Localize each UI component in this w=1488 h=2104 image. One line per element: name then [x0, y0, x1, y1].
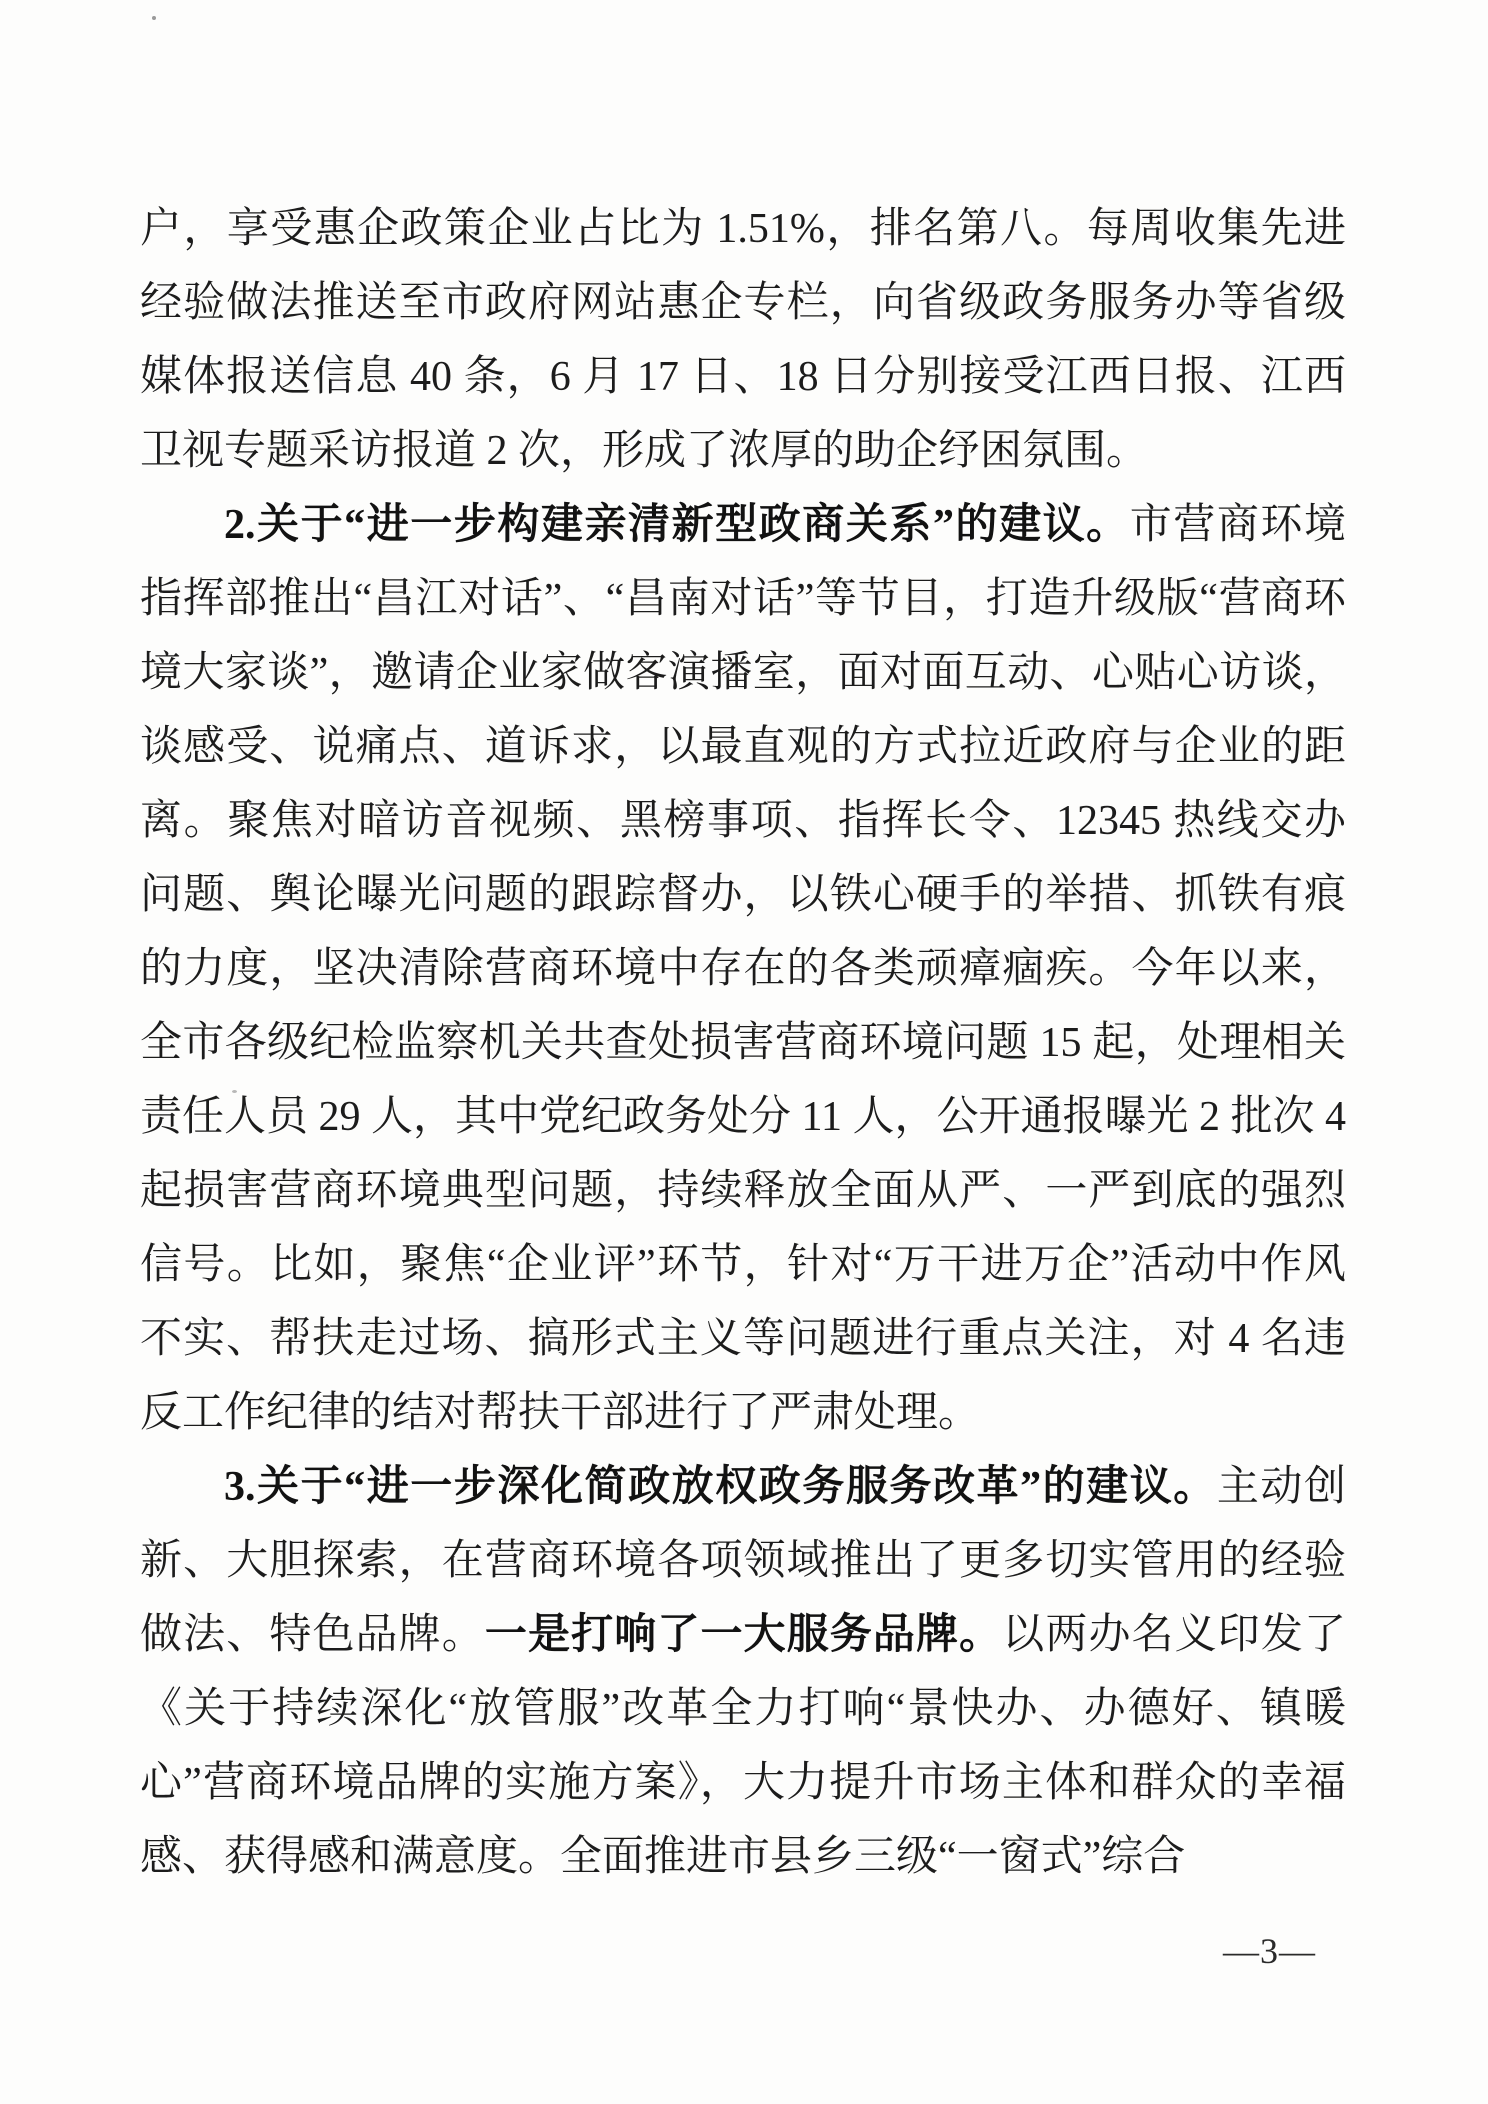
document-page: 户，享受惠企政策企业占比为 1.51%，排名第八。每周收集先进经验做法推送至市政… [0, 0, 1488, 2104]
paragraph-text: 市营商环境指挥部推出“昌江对话”、“昌南对话”等节目，打造升级版“营商环境大家谈… [140, 502, 1346, 1436]
scan-speck [232, 1090, 237, 1093]
scan-speck [152, 16, 156, 20]
paragraph-lead-bold: 一是打响了一大服务品牌。 [485, 1612, 1002, 1658]
paragraph-lead-bold: 3.关于“进一步深化简政放权政务服务改革”的建议。 [224, 1464, 1217, 1510]
paragraph-text: 户，享受惠企政策企业占比为 1.51%，排名第八。每周收集先进经验做法推送至市政… [140, 206, 1346, 474]
paragraph-lead-bold: 2.关于“进一步构建亲清新型政商关系”的建议。 [224, 502, 1130, 548]
paragraph: 3.关于“进一步深化简政放权政务服务改革”的建议。主动创新、大胆探索，在营商环境… [140, 1450, 1346, 1894]
document-body: 户，享受惠企政策企业占比为 1.51%，排名第八。每周收集先进经验做法推送至市政… [140, 192, 1346, 1894]
paragraph: 2.关于“进一步构建亲清新型政商关系”的建议。市营商环境指挥部推出“昌江对话”、… [140, 488, 1346, 1450]
page-number: —3— [1223, 1930, 1316, 1972]
paragraph: 户，享受惠企政策企业占比为 1.51%，排名第八。每周收集先进经验做法推送至市政… [140, 192, 1346, 488]
